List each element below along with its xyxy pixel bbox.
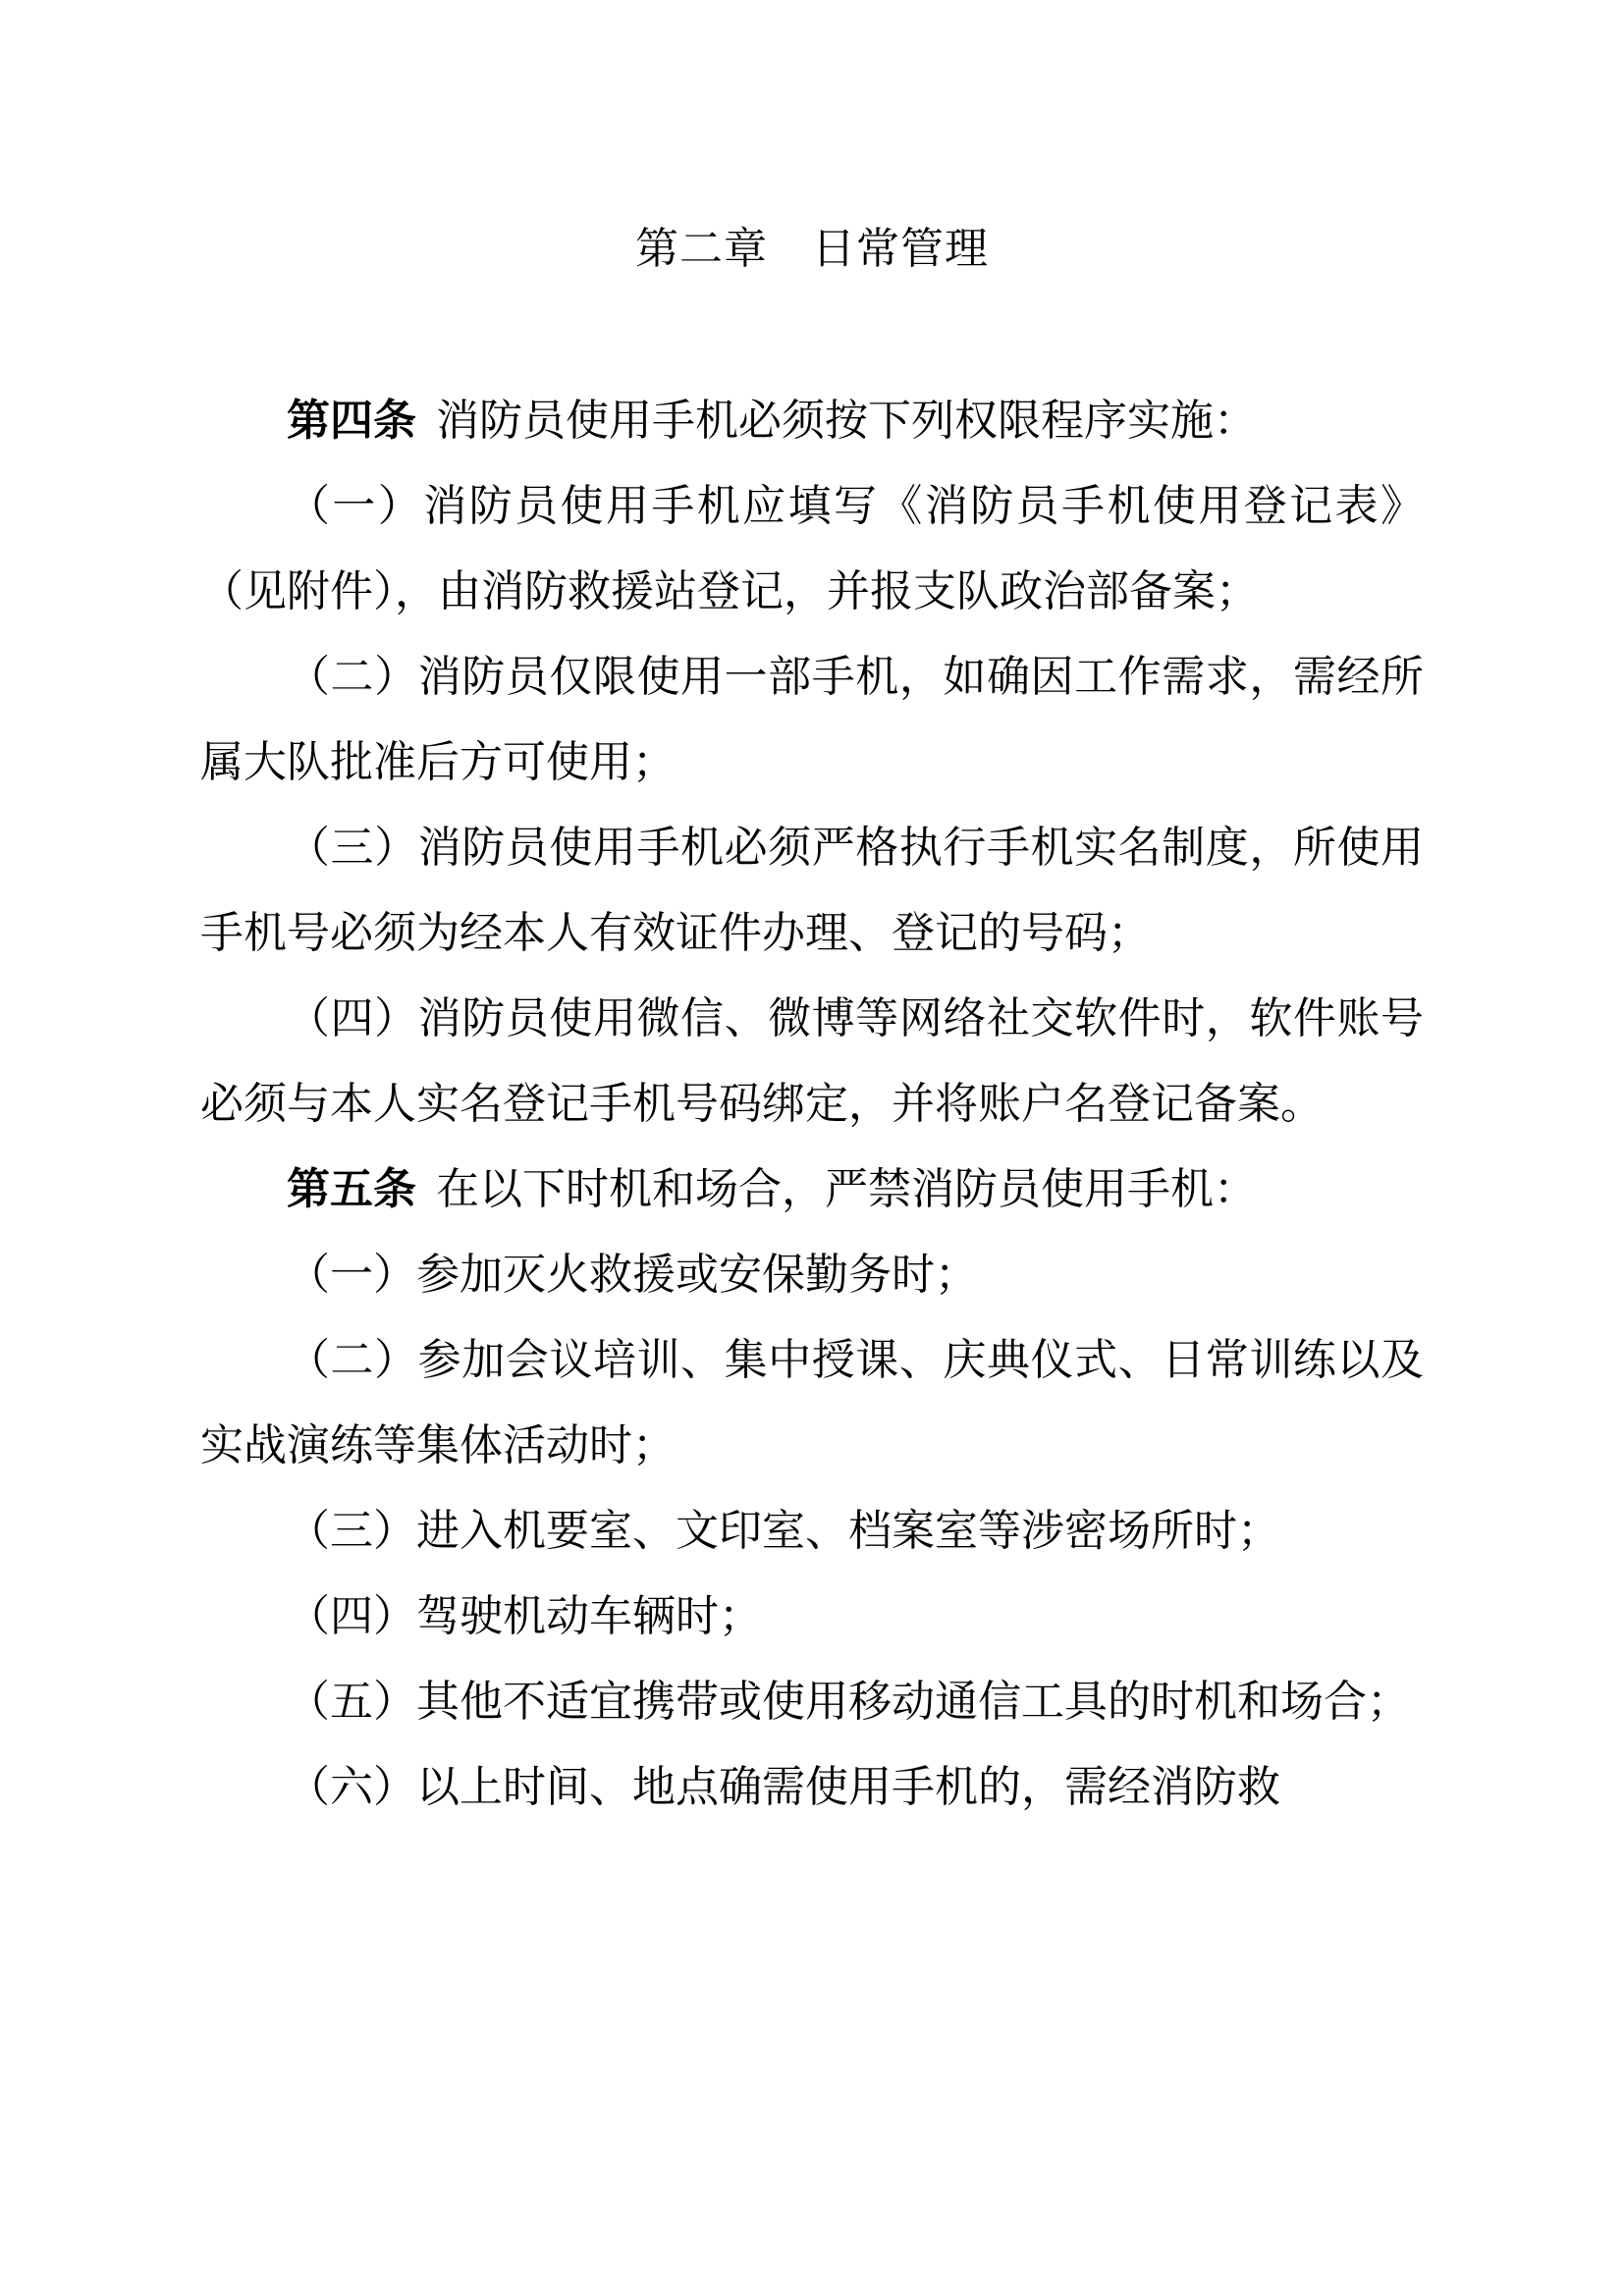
paragraph-item-7: （三）进入机要室、文印室、档案室等涉密场所时； xyxy=(200,1488,1424,1574)
paragraph-text: 消防员使用手机必须按下列权限程序实施： xyxy=(436,397,1257,445)
paragraph-text: （五）其他不适宜携带或使用移动通信工具的时机和场合； xyxy=(287,1678,1410,1726)
paragraph-text: （六）以上时间、地点确需使用手机的，需经消防救 xyxy=(287,1763,1280,1811)
paragraph-item-3: （三）消防员使用手机必须严格执行手机实名制度，所使用手机号必须为经本人有效证件办… xyxy=(200,805,1424,976)
paragraph-item-5: （一）参加灭火救援或安保勤务时； xyxy=(200,1232,1424,1317)
paragraph-item-1: （一）消防员使用手机应填写《消防员手机使用登记表》（见附件），由消防救援站登记，… xyxy=(200,463,1424,634)
paragraph-item-2: （二）消防员仅限使用一部手机，如确因工作需求，需经所属大队批准后方可使用； xyxy=(200,634,1424,805)
paragraph-text: （四）驾驶机动车辆时； xyxy=(287,1592,762,1640)
paragraph-text: （二）参加会议培训、集中授课、庆典仪式、日常训练以及实战演练等集体活动时； xyxy=(200,1336,1424,1469)
paragraph-text: （三）进入机要室、文印室、档案室等涉密场所时； xyxy=(287,1507,1280,1555)
paragraph-article-5: 第五条在以下时机和场合，严禁消防员使用手机： xyxy=(200,1147,1424,1232)
article-number-label: 第四条 xyxy=(287,397,416,445)
document-page: 第二章 日常管理 第四条消防员使用手机必须按下列权限程序实施： （一）消防员使用… xyxy=(0,0,1624,2296)
article-number-label: 第五条 xyxy=(287,1165,416,1213)
paragraph-item-6: （二）参加会议培训、集中授课、庆典仪式、日常训练以及实战演练等集体活动时； xyxy=(200,1317,1424,1488)
paragraph-item-8: （四）驾驶机动车辆时； xyxy=(200,1574,1424,1659)
paragraph-text: （四）消防员使用微信、微博等网络社交软件时，软件账号必须与本人实名登记手机号码绑… xyxy=(200,994,1424,1128)
paragraph-text: 在以下时机和场合，严禁消防员使用手机： xyxy=(436,1165,1257,1213)
paragraph-text: （二）消防员仅限使用一部手机，如确因工作需求，需经所属大队批准后方可使用； xyxy=(200,653,1424,786)
paragraph-article-4: 第四条消防员使用手机必须按下列权限程序实施： xyxy=(200,378,1424,463)
paragraph-text: （三）消防员使用手机必须严格执行手机实名制度，所使用手机号必须为经本人有效证件办… xyxy=(200,824,1424,957)
paragraph-text: （一）参加灭火救援或安保勤务时； xyxy=(287,1251,978,1299)
paragraph-item-4: （四）消防员使用微信、微博等网络社交软件时，软件账号必须与本人实名登记手机号码绑… xyxy=(200,976,1424,1147)
paragraph-text: （一）消防员使用手机应填写《消防员手机使用登记表》（见附件），由消防救援站登记，… xyxy=(200,482,1424,615)
paragraph-item-10-truncated: （六）以上时间、地点确需使用手机的，需经消防救 xyxy=(200,1744,1424,1830)
paragraph-item-9: （五）其他不适宜携带或使用移动通信工具的时机和场合； xyxy=(200,1659,1424,1744)
chapter-title: 第二章 日常管理 xyxy=(200,221,1424,278)
